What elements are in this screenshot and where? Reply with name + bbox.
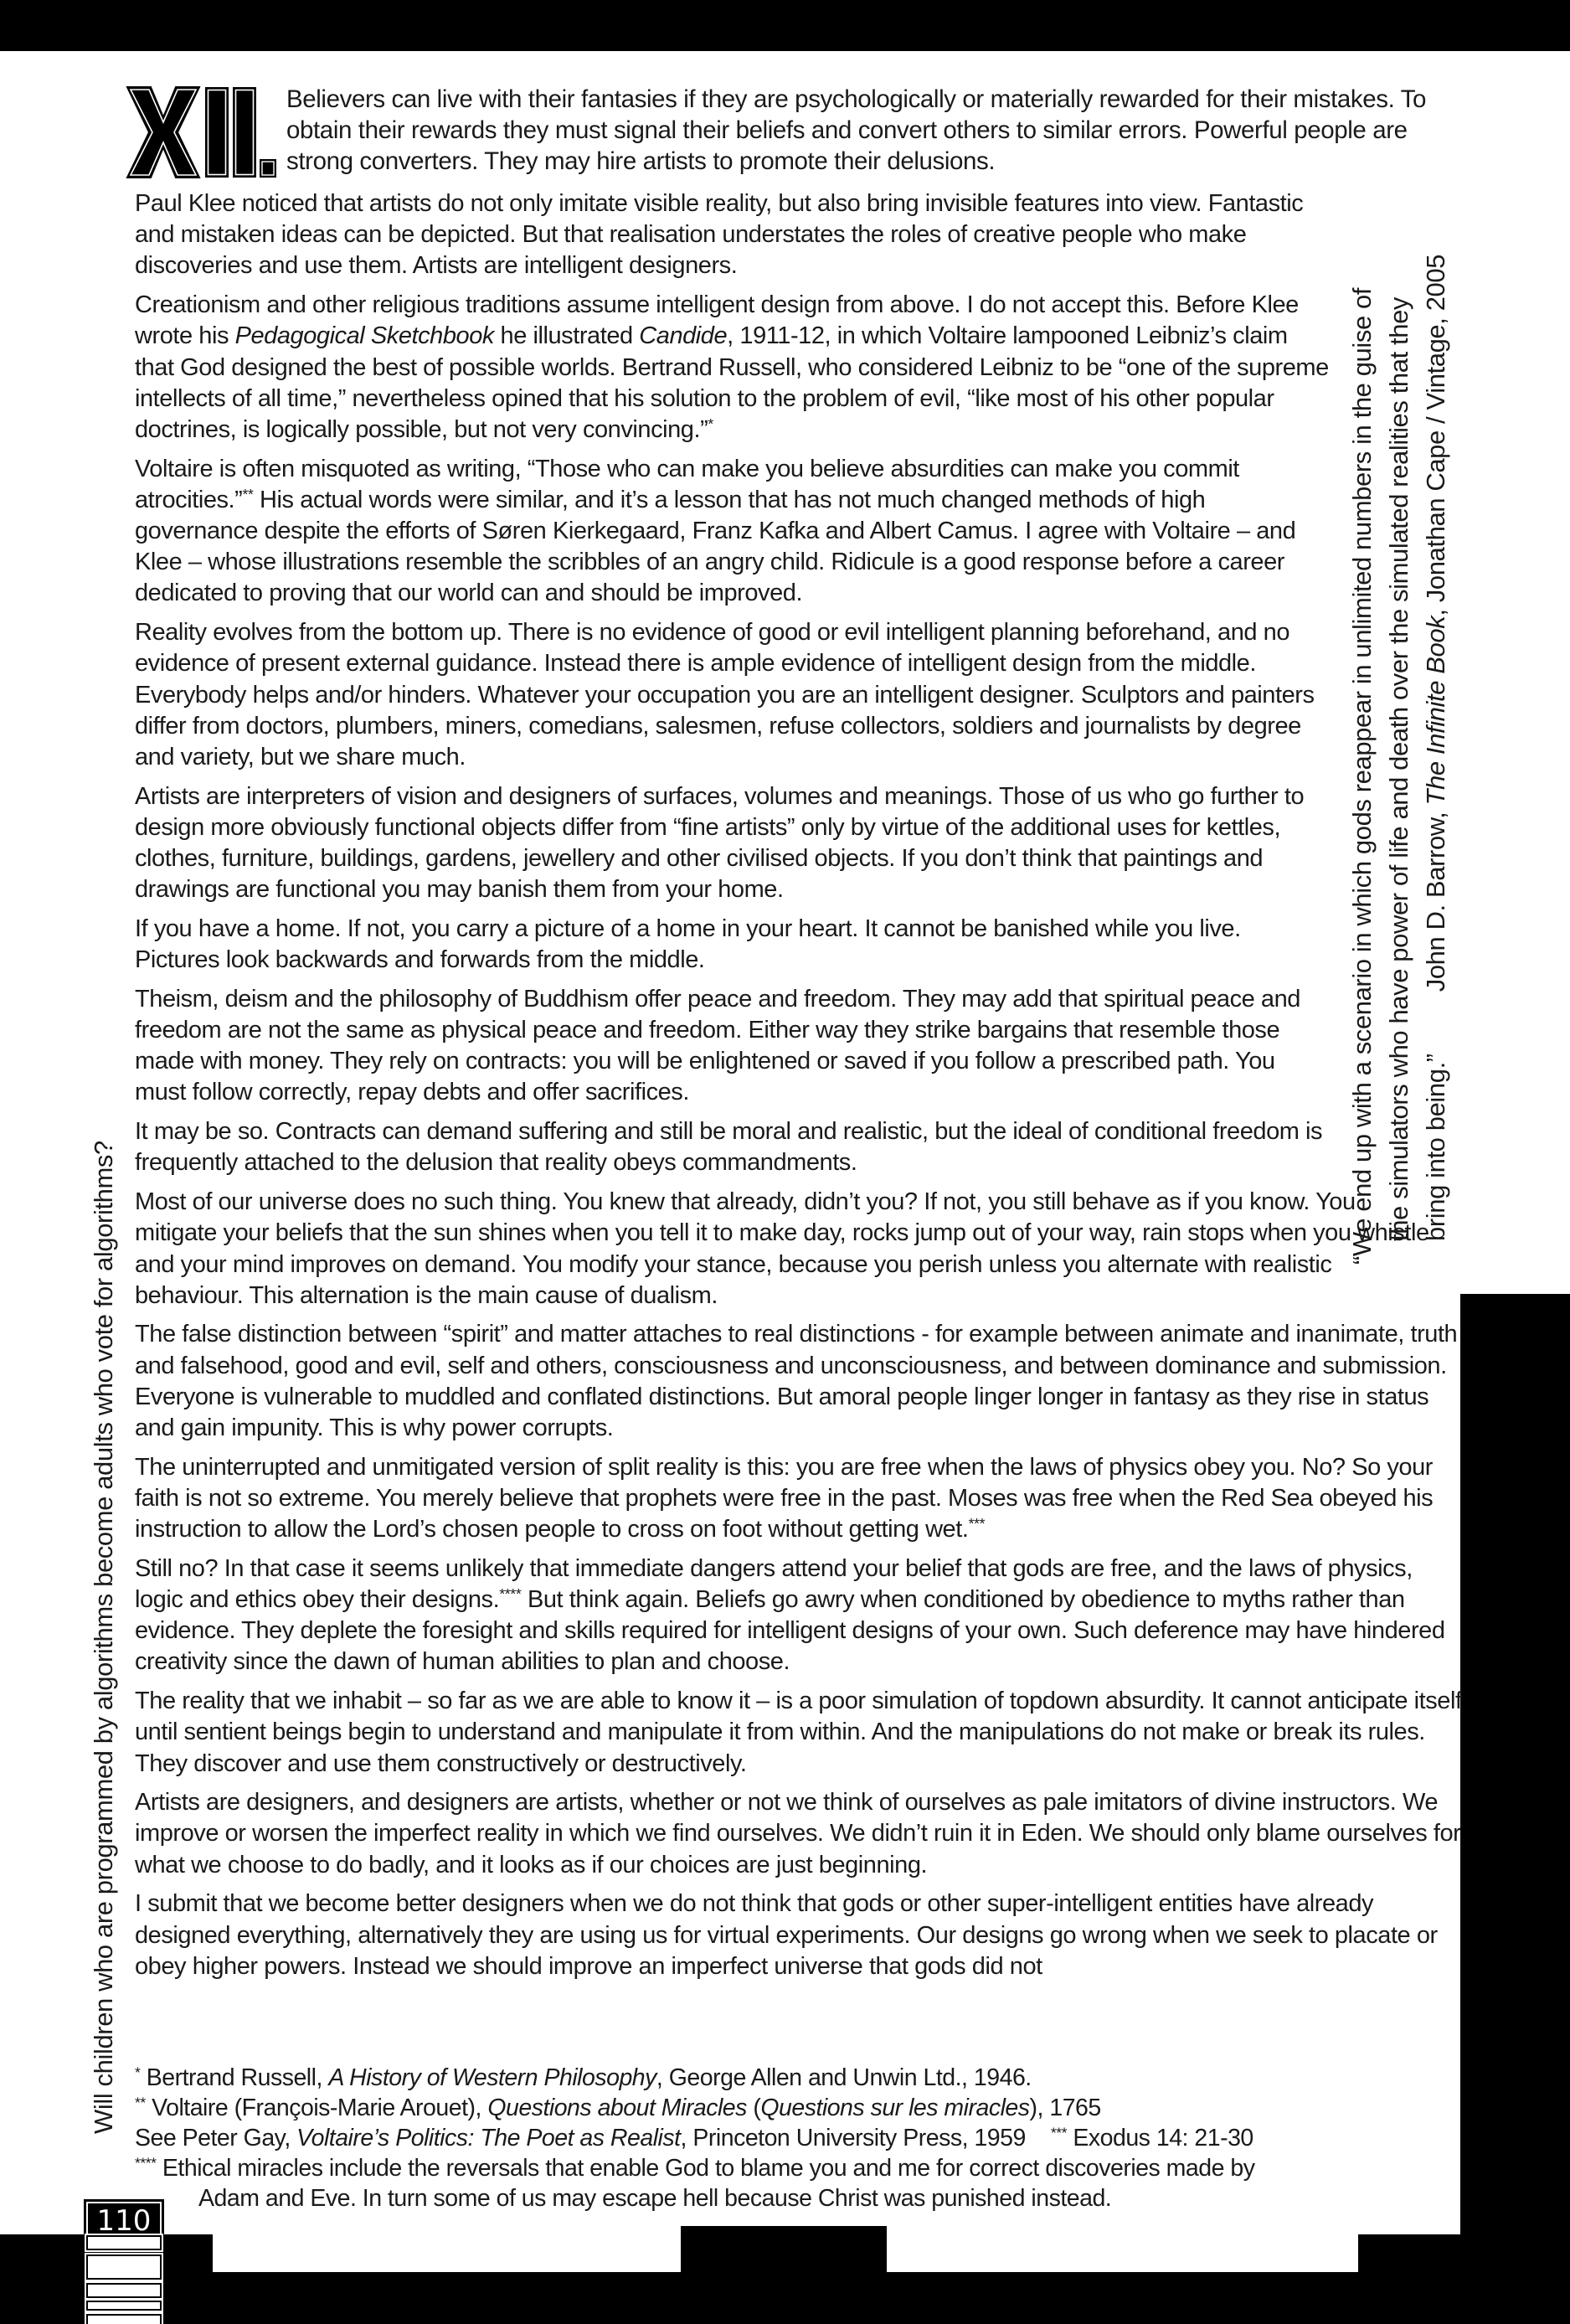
paragraph: Artists are interpreters of vision and d… [135,781,1331,906]
body-text: Paul Klee noticed that artists do not on… [135,188,1466,1990]
footnote-4-continued: Adam and Eve. In turn some of us may esc… [135,2183,1441,2213]
footnote-2: ** Voltaire (François-Marie Arouet), Que… [135,2093,1441,2123]
paragraph: Artists are designers, and designers are… [135,1787,1466,1881]
footnote-ref: ** [242,486,253,502]
lead-paragraph: Believers can live with their fantasies … [286,84,1459,177]
footnotes: * Bertrand Russell, A History of Western… [135,2063,1441,2213]
bottom-middle-black-block [681,2226,887,2324]
paragraph: Still no? In that case it seems unlikely… [135,1554,1466,1678]
footnote-1: * Bertrand Russell, A History of Western… [135,2063,1441,2093]
side-quote-line-3: bring into being.”John D. Barrow, The In… [1418,167,1454,1265]
paragraph: Voltaire is often misquoted as writing, … [135,454,1331,610]
page-tab-cell [86,2314,162,2324]
paragraph: Most of our universe does no such thing.… [135,1187,1441,1311]
page-number: 110 [86,2202,162,2235]
footnote-3-mark: *** [1051,2124,1067,2141]
chapter-numeral: XII. [126,85,276,179]
bottom-right-black-block [1358,2234,1570,2324]
footnote-ref: **** [499,1585,521,1602]
page-tab-cell [86,2254,162,2280]
page-tab-cell [86,2283,162,2298]
paragraph: It may be so. Contracts can demand suffe… [135,1116,1331,1178]
footnote-2-continued: See Peter Gay, Voltaire’s Politics: The … [135,2123,1441,2153]
paragraph: I submit that we become better designers… [135,1889,1466,1982]
top-black-bar [0,0,1570,51]
paragraph: Creationism and other religious traditio… [135,290,1331,446]
right-black-block [1460,1294,1570,2324]
chapter-numeral-glyph-icon [126,85,276,179]
paragraph: The false distinction between “spirit” a… [135,1319,1466,1444]
side-quote-line-1: “We end up with a scenario in which gods… [1344,167,1381,1265]
paragraph: The uninterrupted and unmitigated versio… [135,1452,1466,1546]
page-number-tab: 110 [84,2199,164,2324]
footnote-4: **** Ethical miracles include the revers… [135,2153,1441,2183]
paragraph: Theism, deism and the philosophy of Budd… [135,984,1331,1109]
paragraph: Reality evolves from the bottom up. Ther… [135,617,1331,773]
side-caption: Will children who are programmed by algo… [87,1141,121,2134]
side-quote: “We end up with a scenario in which gods… [1344,167,1454,1265]
footnote-ref: *** [968,1515,985,1532]
paragraph: If you have a home. If not, you carry a … [135,914,1331,976]
page-tab-cell [86,2301,162,2311]
paragraph: Paul Klee noticed that artists do not on… [135,188,1331,282]
paragraph: The reality that we inhabit – so far as … [135,1686,1466,1780]
footnote-3: Exodus 14: 21-30 [1067,2125,1253,2151]
page-tab-cell [86,2235,162,2250]
side-quote-attribution: John D. Barrow, The Infinite Book, Jonat… [1421,255,1450,992]
side-quote-line-2: the simulators who have power of life an… [1381,167,1418,1265]
footnote-ref: * [708,415,713,432]
